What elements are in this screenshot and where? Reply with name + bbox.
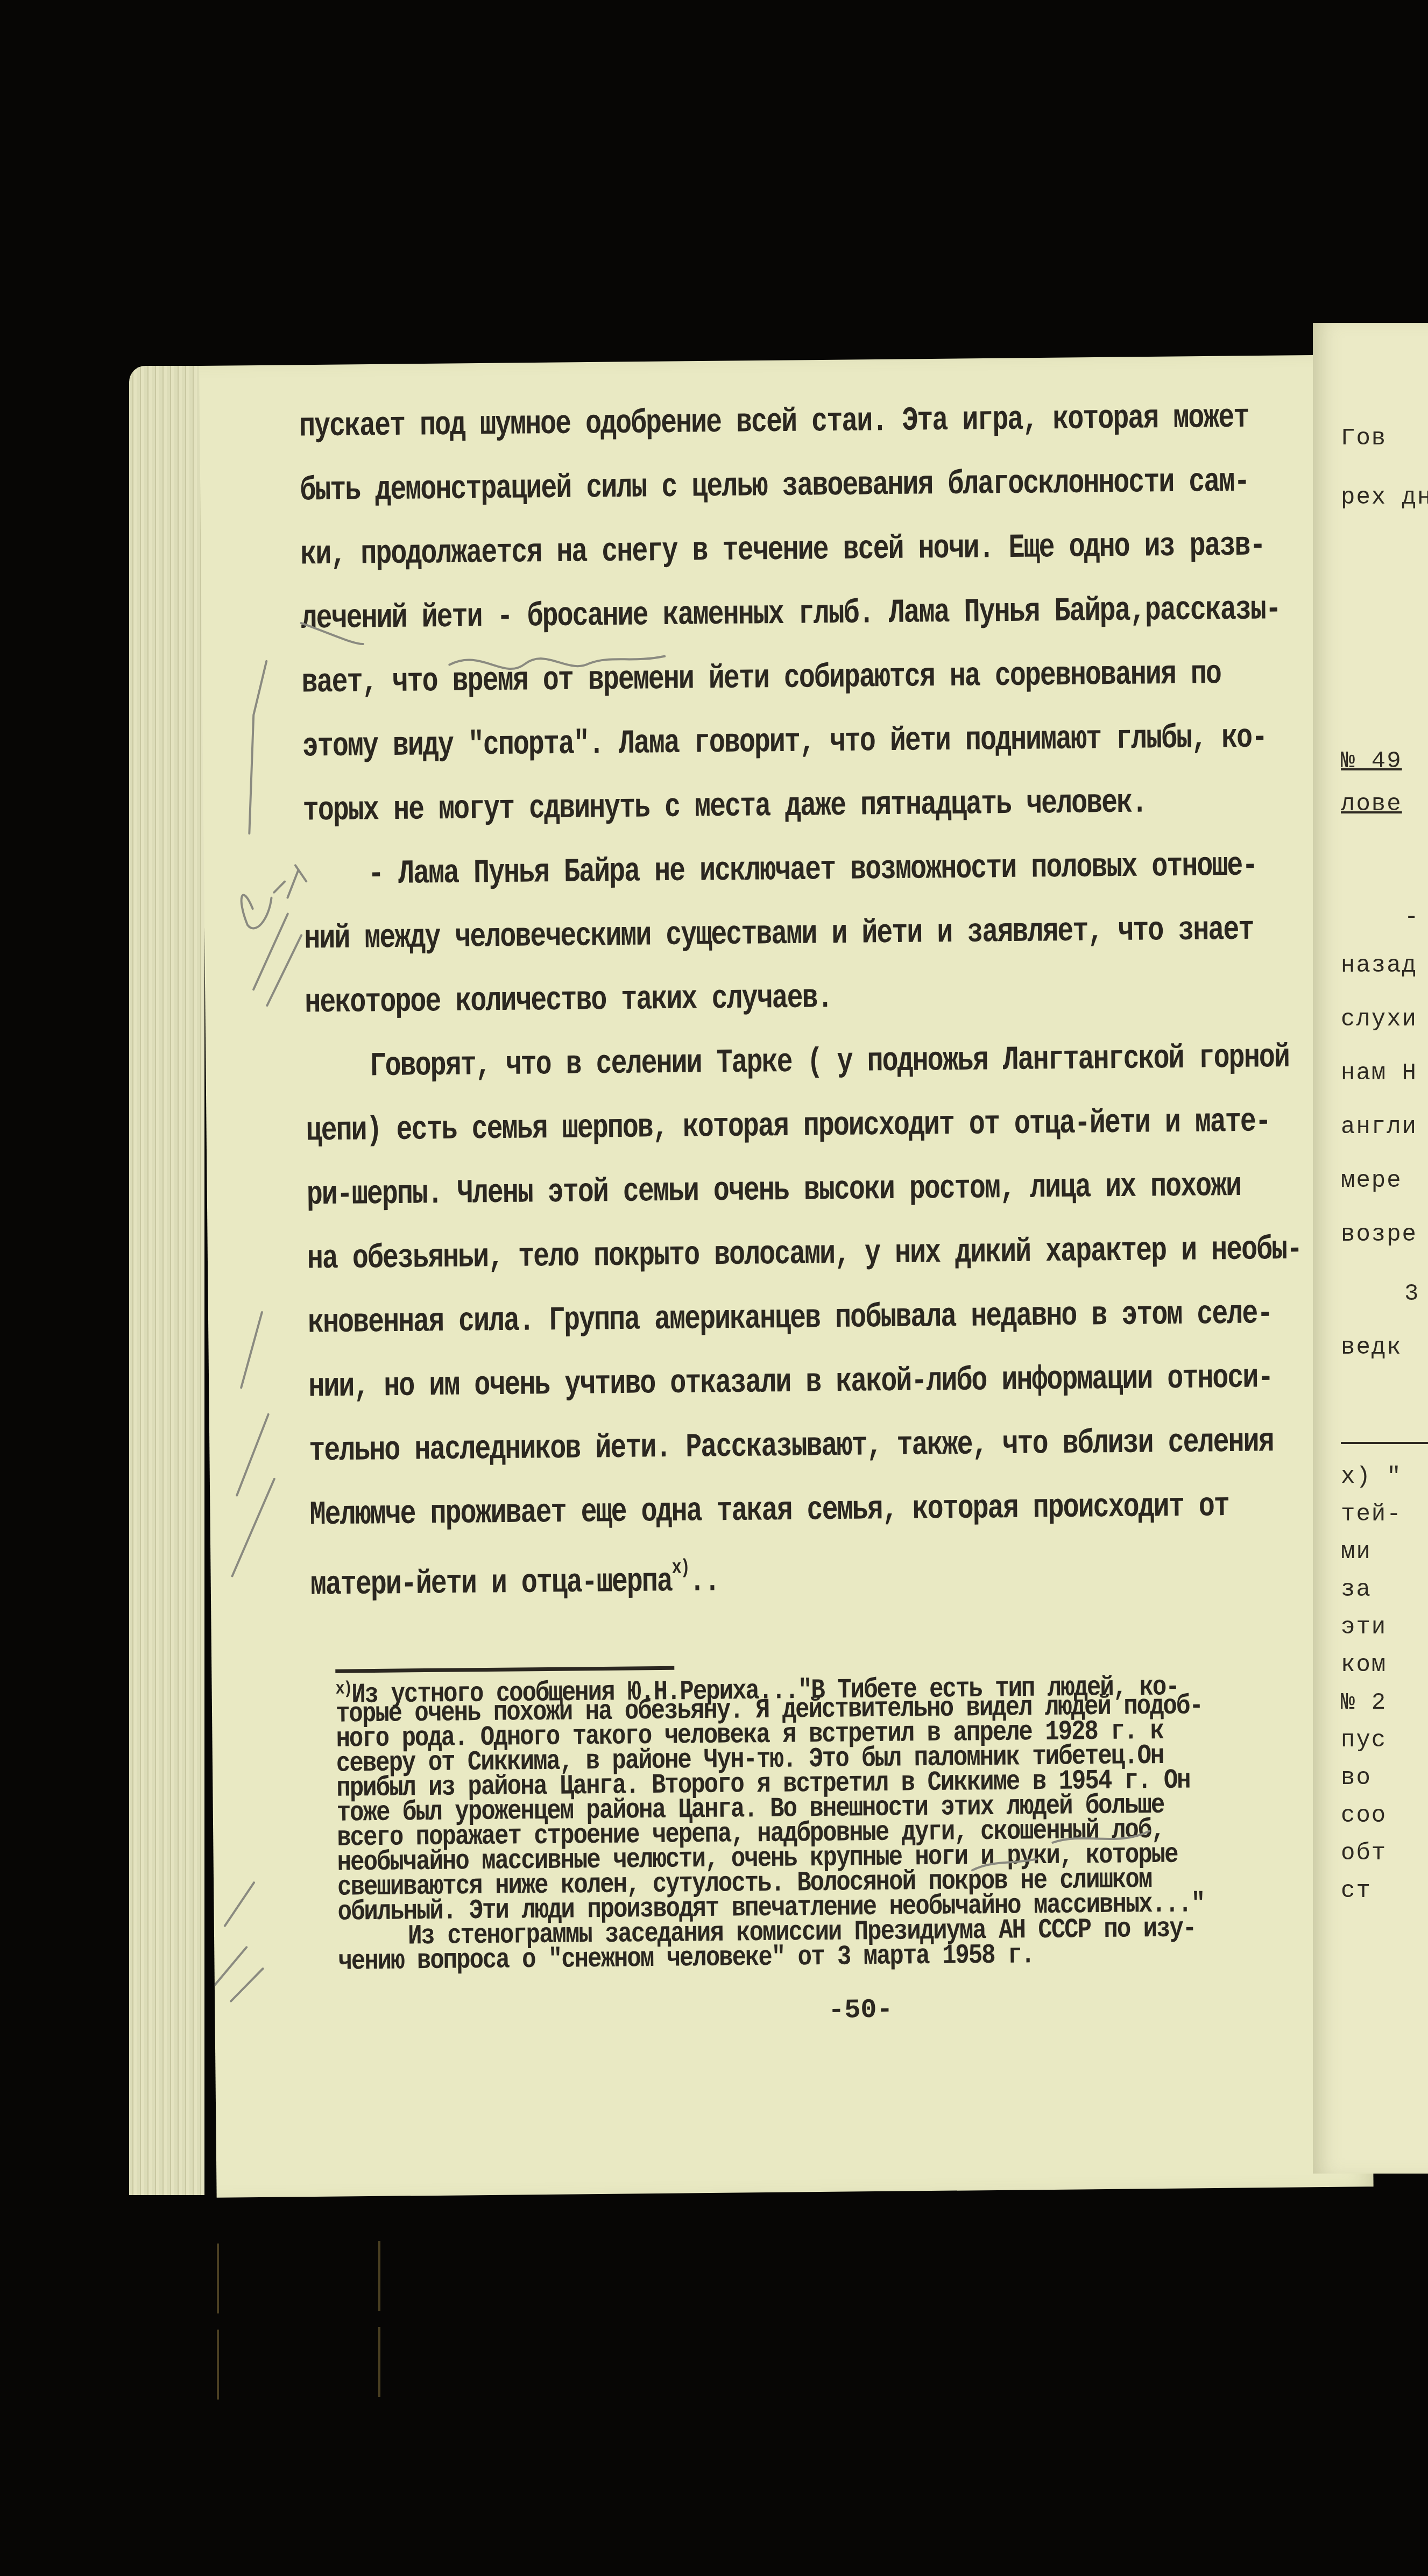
adjacent-page-fragment: назад	[1341, 952, 1417, 979]
adjacent-page-fragment: тей-	[1341, 1501, 1402, 1528]
adjacent-page-fragment: за	[1341, 1576, 1372, 1603]
document-page: пускает под шумное одобрение всей стаи. …	[199, 355, 1374, 2197]
adjacent-page-fragment: ст	[1341, 1878, 1372, 1905]
adjacent-page-fragment: 3	[1404, 1280, 1419, 1307]
adjacent-page-fragment: ведк	[1341, 1334, 1402, 1361]
body-ellipsis: ..	[689, 1562, 720, 1601]
pencil-annotation-scribble	[242, 895, 272, 929]
adjacent-page-fragment: слухи	[1341, 1006, 1417, 1033]
adjacent-page-fragment: возре	[1341, 1221, 1417, 1248]
footnote: x)Из устного сообщения Ю.Н.Рериха..."В Т…	[335, 1668, 1349, 1975]
pencil-bracket-mark	[248, 661, 268, 833]
adjacent-page-fragment: англи	[1341, 1114, 1417, 1141]
adjacent-page-fragment: № 2	[1341, 1689, 1387, 1716]
page-number: -50-	[828, 1995, 893, 2026]
adjacent-page-fragment: x) "	[1341, 1463, 1402, 1490]
adjacent-page-fragment: обт	[1341, 1840, 1387, 1867]
page-stack-edge	[129, 366, 204, 2195]
adjacent-page-fragment: соо	[1341, 1802, 1387, 1829]
adjacent-page: Гов рех дня № 49 лове - назад слухи нам …	[1313, 323, 1428, 2174]
adjacent-page-fragment: пус	[1341, 1727, 1387, 1754]
adjacent-page-fragment: во	[1341, 1765, 1372, 1792]
adjacent-page-fragment: ми	[1341, 1539, 1372, 1566]
body-line-last: матери-йети и отца-шерпаx)..	[310, 1551, 1333, 1640]
adjacent-page-fragment: ком	[1341, 1652, 1387, 1679]
adjacent-page-fragment: № 49	[1341, 748, 1402, 775]
adjacent-page-fragment: нам Н	[1341, 1060, 1417, 1087]
footnote-ref-marker: x)	[671, 1556, 689, 1580]
adjacent-page-fragment: рех дня	[1341, 484, 1428, 511]
body-line: матери-йети и отца-шерпа	[310, 1563, 672, 1605]
footnote-marker: x)	[335, 1680, 351, 1700]
adjacent-page-fragment: мере	[1341, 1167, 1402, 1194]
adjacent-page-fragment: эти	[1341, 1614, 1387, 1641]
adjacent-page-fragment: Гов	[1341, 425, 1387, 452]
adjacent-page-fragment: лове	[1341, 791, 1402, 818]
body-text: пускает под шумное одобрение всей стаи. …	[299, 406, 1333, 1632]
adjacent-page-fragment: -	[1404, 904, 1419, 931]
adjacent-footnote-rule	[1341, 1442, 1428, 1444]
